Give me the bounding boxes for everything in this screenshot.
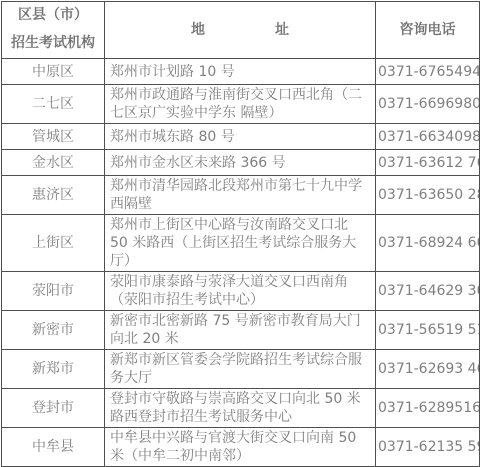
address-cell: 新郑市新区管委会学院路招生考试综合服务大厅 [105,350,376,389]
district-cell: 惠济区 [2,176,105,215]
table-row: 中牟县 中牟县中兴路与官渡大街交叉口向南 50 米（中牟二初中南邻） 0371-… [2,428,480,467]
table-row: 惠济区 郑州市清华园路北段郑州市第七十九中学西隔壁 0371-63650 289 [2,176,480,215]
phone-cell: 0371-67654945 [376,59,480,85]
table-row: 金水区 郑州市金水区未来路 366 号 0371-63612 769 [2,150,480,176]
district-cell: 登封市 [2,389,105,428]
header-row: 区县（市） 招生考试机构 地 址 咨询电话 [2,2,480,59]
table-row: 上街区 郑州市上街区中心路与汝南路交叉口北 50 米路西（上街区招生考试综合服务… [2,215,480,272]
phone-cell: 0371-56519 516 [376,311,480,350]
phone-cell: 0371-64629 307 [376,272,480,311]
column-header-district: 区县（市） 招生考试机构 [2,2,105,59]
address-cell: 荥阳市康泰路与荥泽大道交叉口西南角（荥阳市招生考试中心） [105,272,376,311]
phone-cell: 0371-63612 769 [376,150,480,176]
phone-cell: 0371-62895160 [376,389,480,428]
phone-cell: 0371-68924 603 [376,215,480,272]
address-cell: 中牟县中兴路与官渡大街交叉口向南 50 米（中牟二初中南邻） [105,428,376,467]
page: 区县（市） 招生考试机构 地 址 咨询电话 中原区 郑州市计划路 10 号 03… [0,0,484,467]
district-cell: 新郑市 [2,350,105,389]
table-row: 新密市 新密市北密新路 75 号新密市教育局大门向北 20 米 0371-565… [2,311,480,350]
phone-cell: 0371-62693 468 [376,350,480,389]
contact-table: 区县（市） 招生考试机构 地 址 咨询电话 中原区 郑州市计划路 10 号 03… [1,1,480,467]
phone-cell: 0371-66340989 [376,124,480,150]
address-cell: 郑州市政通路与淮南街交叉口西北角（二七区京广实验中学东 隔壁） [105,85,376,124]
phone-cell: 0371-62135 599 [376,428,480,467]
district-cell: 二七区 [2,85,105,124]
table-row: 中原区 郑州市计划路 10 号 0371-67654945 [2,59,480,85]
address-cell: 郑州市城东路 80 号 [105,124,376,150]
column-header-district-line1: 区县（市） [2,6,104,24]
table-row: 登封市 登封市守敬路与崇高路交叉口向北 50 米路西登封市招生考试服务中心 03… [2,389,480,428]
phone-cell: 0371-66969803 [376,85,480,124]
district-cell: 新密市 [2,311,105,350]
table-row: 管城区 郑州市城东路 80 号 0371-66340989 [2,124,480,150]
address-cell: 新密市北密新路 75 号新密市教育局大门向北 20 米 [105,311,376,350]
table-row: 荥阳市 荥阳市康泰路与荥泽大道交叉口西南角（荥阳市招生考试中心） 0371-64… [2,272,480,311]
address-cell: 郑州市金水区未来路 366 号 [105,150,376,176]
address-cell: 登封市守敬路与崇高路交叉口向北 50 米路西登封市招生考试服务中心 [105,389,376,428]
district-cell: 中原区 [2,59,105,85]
address-cell: 郑州市上街区中心路与汝南路交叉口北 50 米路西（上街区招生考试综合服务大厅） [105,215,376,272]
table-row: 新郑市 新郑市新区管委会学院路招生考试综合服务大厅 0371-62693 468 [2,350,480,389]
district-cell: 荥阳市 [2,272,105,311]
district-cell: 上街区 [2,215,105,272]
table-row: 二七区 郑州市政通路与淮南街交叉口西北角（二七区京广实验中学东 隔壁） 0371… [2,85,480,124]
column-header-district-line2: 招生考试机构 [2,34,104,52]
address-cell: 郑州市计划路 10 号 [105,59,376,85]
phone-cell: 0371-63650 289 [376,176,480,215]
address-cell: 郑州市清华园路北段郑州市第七十九中学西隔壁 [105,176,376,215]
district-cell: 金水区 [2,150,105,176]
column-header-address: 地 址 [105,2,376,59]
district-cell: 中牟县 [2,428,105,467]
district-cell: 管城区 [2,124,105,150]
column-header-phone: 咨询电话 [376,2,480,59]
